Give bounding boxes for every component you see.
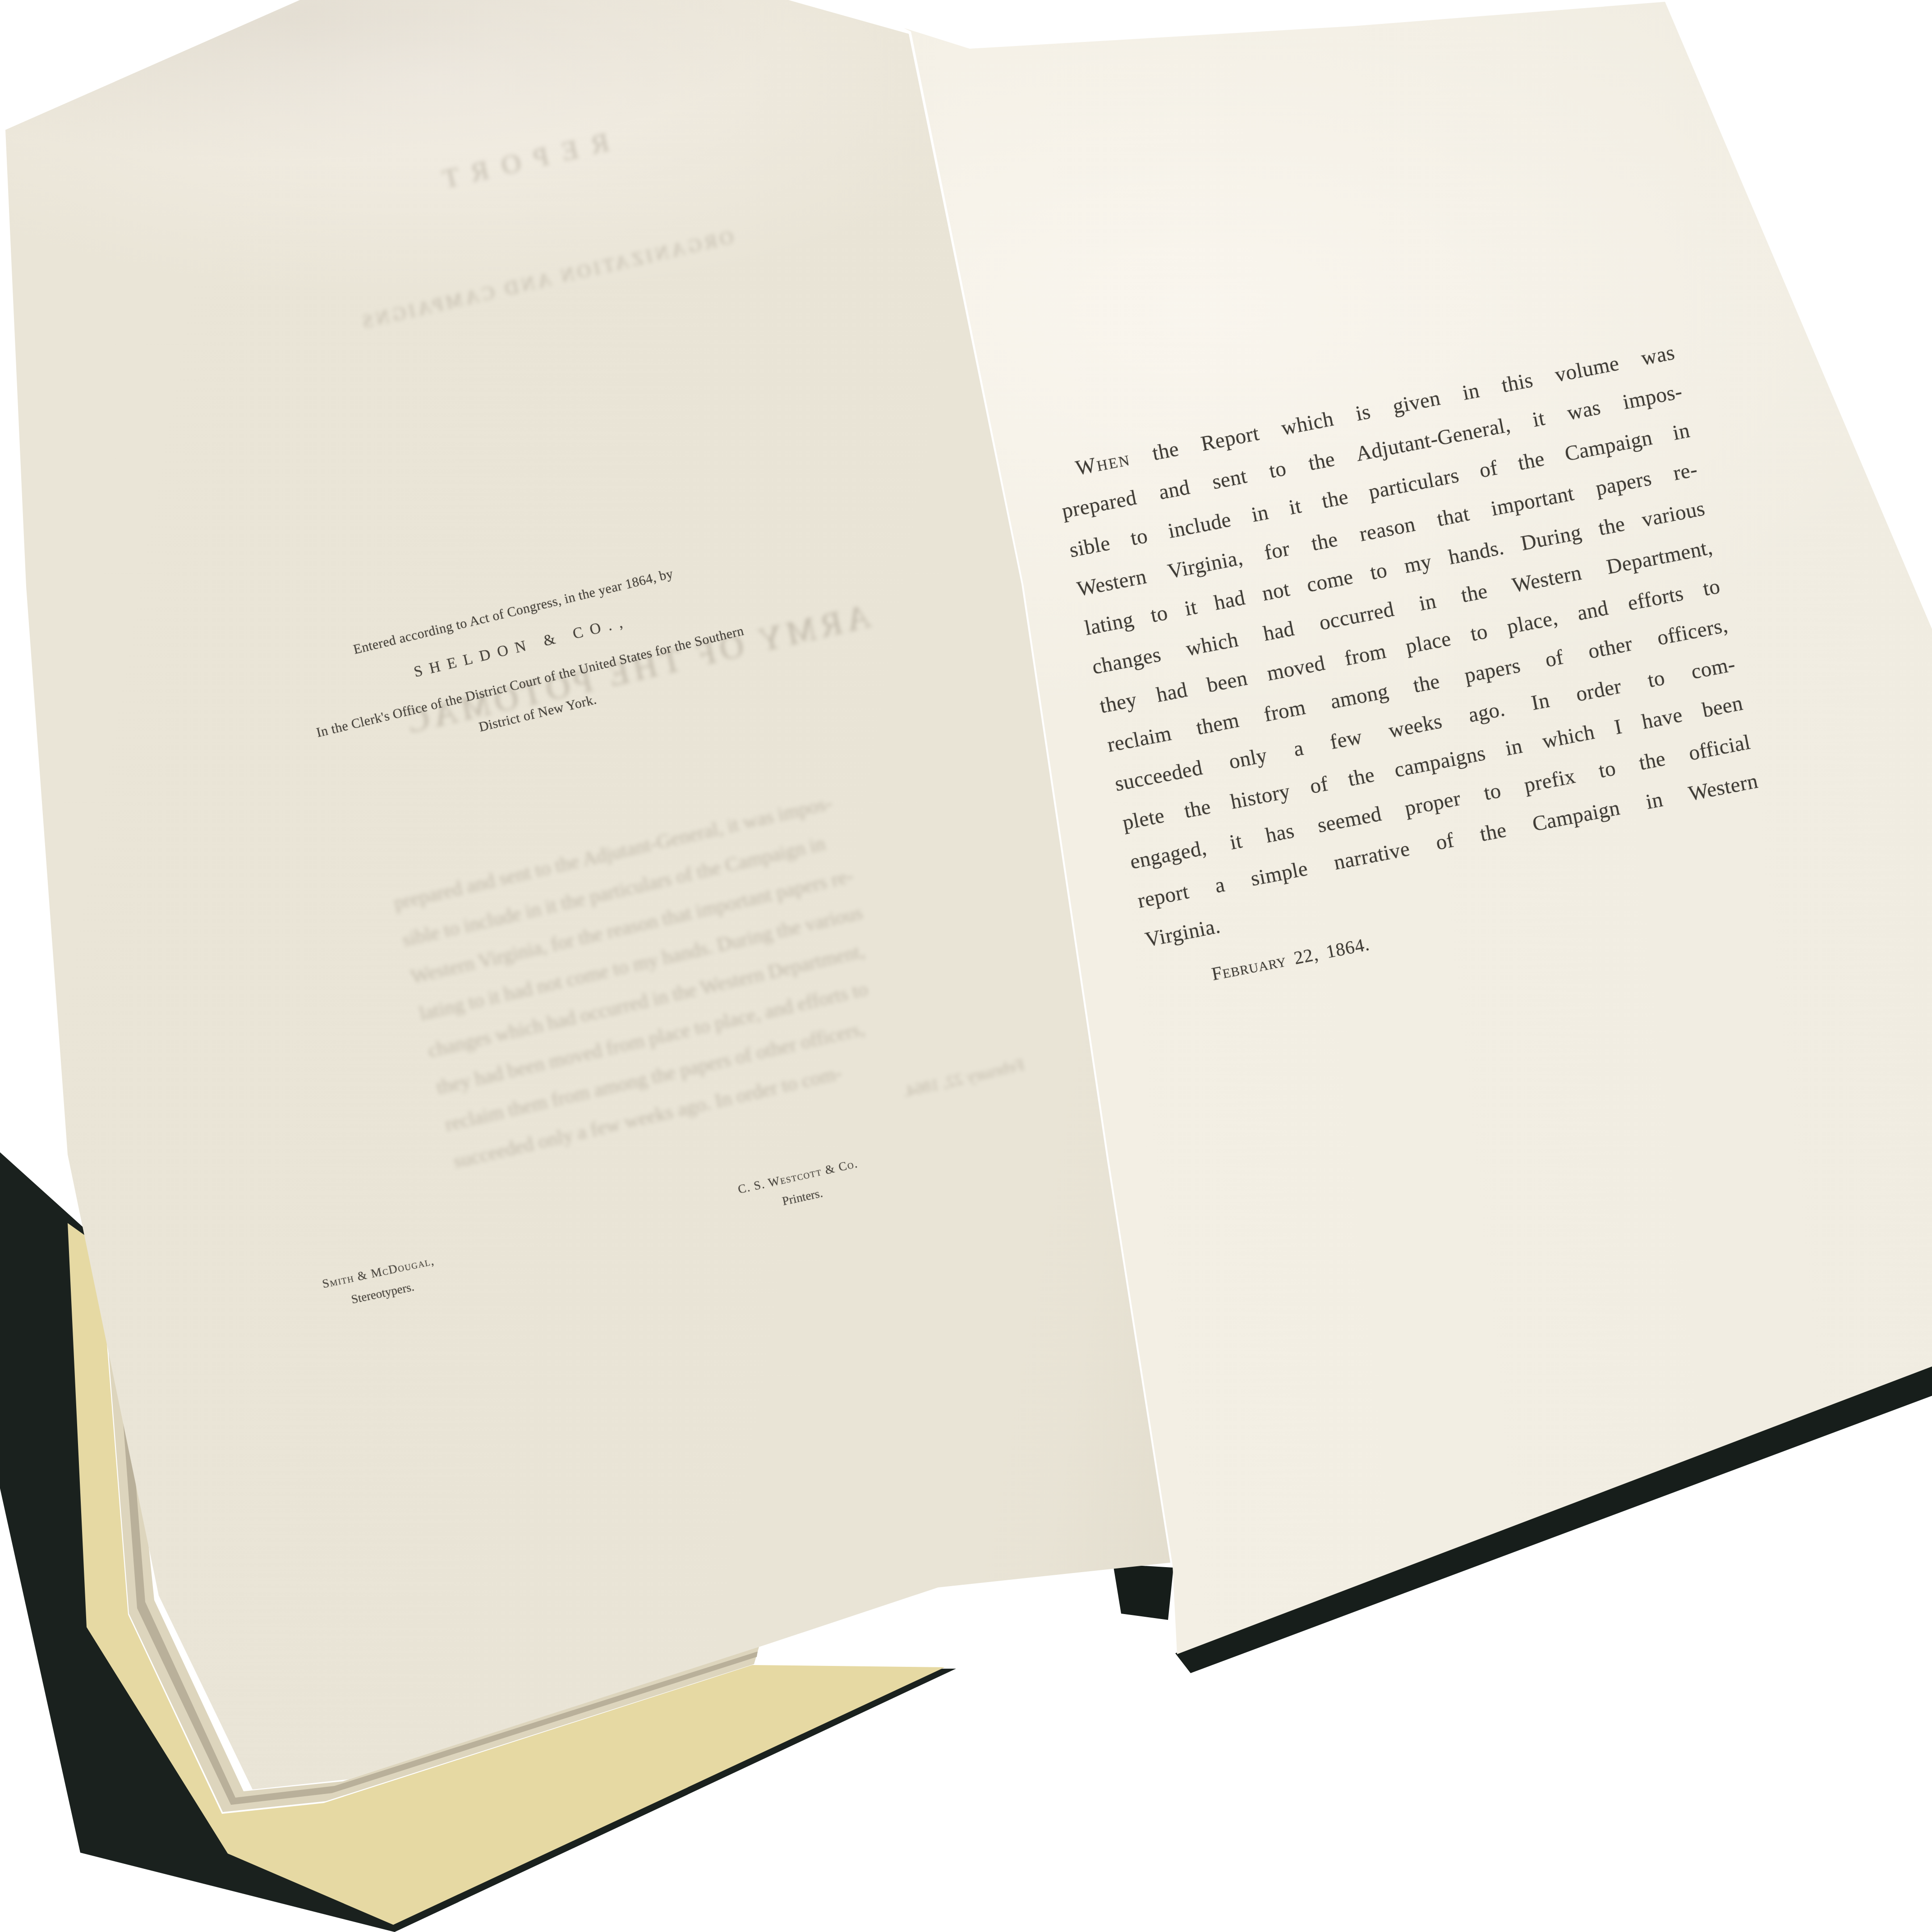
open-book-photo: REPORT ORGANIZATION AND CAMPAIGNS ARMY O…: [0, 0, 1932, 1932]
